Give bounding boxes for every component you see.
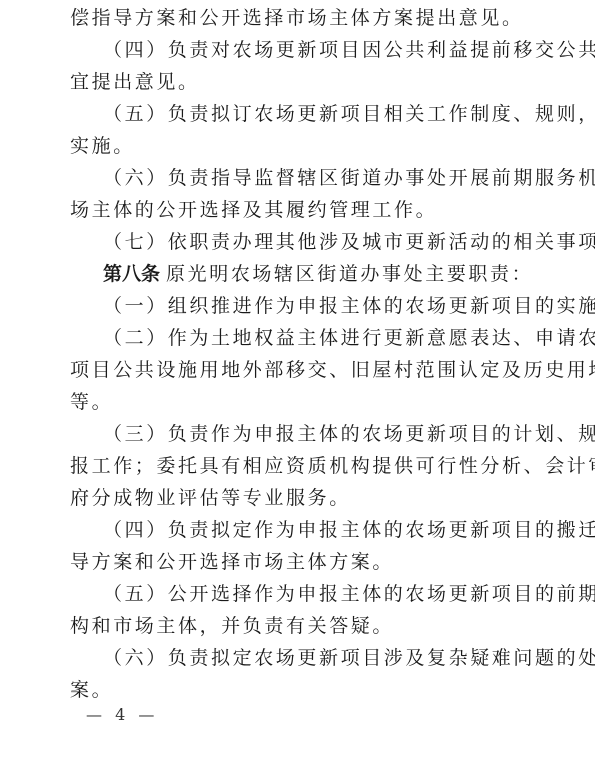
text-line: （五）负责拟订农场更新项目相关工作制度、规则，并监督 [70, 98, 542, 130]
text-line: （四）负责对农场更新项目因公共利益提前移交公共用地事 [70, 34, 542, 66]
text-line: 府分成物业评估等专业服务。 [70, 482, 542, 514]
article-number: 第八条 [103, 263, 160, 285]
text-line: 报工作；委托具有相应资质机构提供可行性分析、会计审核、政 [70, 450, 542, 482]
article-heading-line: 第八条原光明农场辖区街道办事处主要职责： [70, 258, 542, 290]
text-line: 项目公共设施用地外部移交、旧屋村范围认定及历史用地处置 [70, 354, 542, 386]
text-line: 场主体的公开选择及其履约管理工作。 [70, 194, 542, 226]
text-line: （一）组织推进作为申报主体的农场更新项目的实施。 [70, 290, 542, 322]
text-line: （五）公开选择作为申报主体的农场更新项目的前期服务机 [70, 578, 542, 610]
text-line: 实施。 [70, 130, 542, 162]
text-line: （二）作为土地权益主体进行更新意愿表达、申请农场更新 [70, 322, 542, 354]
text-line: （七）依职责办理其他涉及城市更新活动的相关事项。 [70, 226, 542, 258]
text-line: （四）负责拟定作为申报主体的农场更新项目的搬迁补偿指 [70, 514, 542, 546]
text-line: 案。 [70, 674, 542, 706]
text-line: （六）负责拟定农场更新项目涉及复杂疑难问题的处置方 [70, 642, 542, 674]
text-line: 等。 [70, 386, 542, 418]
page-number: — 4 — [86, 703, 158, 727]
text-line: （三）负责作为申报主体的农场更新项目的计划、规划等申 [70, 418, 542, 450]
article-title: 原光明农场辖区街道办事处主要职责： [166, 263, 533, 285]
text-line: 偿指导方案和公开选择市场主体方案提出意见。 [70, 2, 542, 34]
text-line: 宜提出意见。 [70, 66, 542, 98]
text-line: 构和市场主体，并负责有关答疑。 [70, 610, 542, 642]
text-line: 导方案和公开选择市场主体方案。 [70, 546, 542, 578]
text-line: （六）负责指导监督辖区街道办事处开展前期服务机构、市 [70, 162, 542, 194]
document-page: 偿指导方案和公开选择市场主体方案提出意见。 （四）负责对农场更新项目因公共利益提… [70, 2, 542, 706]
